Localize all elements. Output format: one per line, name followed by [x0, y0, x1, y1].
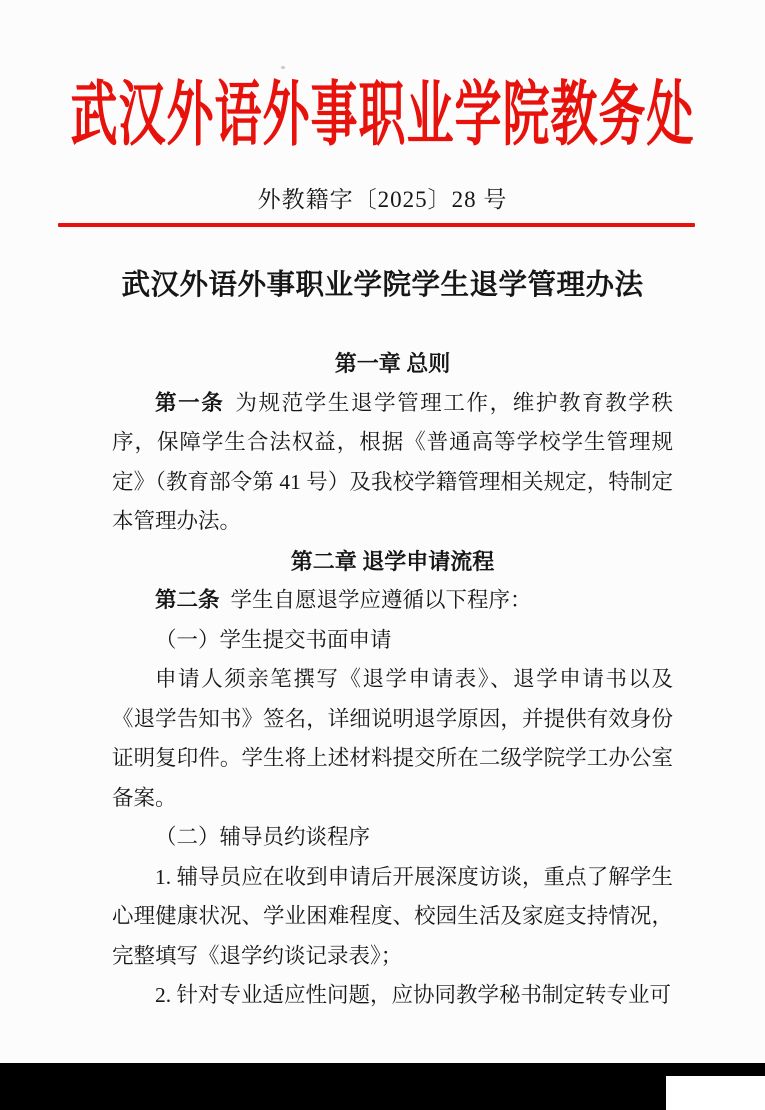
body-paragraph: 第二条学生自愿退学应遵循以下程序：: [112, 581, 673, 621]
body-paragraph: 2. 针对专业适应性问题，应协同教学秘书制定转专业可: [112, 976, 673, 1016]
scan-white-notch: [666, 1076, 765, 1110]
body-paragraph: 第一条为规范学生退学管理工作，维护教育教学秩序，保障学生合法权益，根据《普通高等…: [112, 384, 673, 542]
body-paragraph: 申请人须亲笔撰写《退学申请表》、退学申请书以及《退学告知书》签名，详细说明退学原…: [112, 660, 673, 818]
scan-speck: [281, 66, 285, 69]
scan-black-band: [0, 1063, 765, 1110]
article-number-label: 第二条: [155, 588, 220, 612]
body-paragraph: （二）辅导员约谈程序: [112, 818, 673, 858]
body-paragraph: （一）学生提交书面申请: [112, 621, 673, 661]
document-body: 第一章 总则第一条为规范学生退学管理工作，维护教育教学秩序，保障学生合法权益，根…: [112, 344, 673, 1016]
document-number: 外教籍字〔2025〕28 号: [0, 185, 765, 215]
issuer-header-title: 武汉外语外事职业学院教务处: [20, 62, 745, 170]
chapter-heading: 第一章 总则: [112, 344, 673, 384]
document-title: 武汉外语外事职业学院学生退学管理办法: [30, 269, 735, 303]
chapter-heading: 第二章 退学申请流程: [112, 542, 673, 582]
article-number-label: 第一条: [155, 391, 224, 415]
red-separator-line: [58, 223, 695, 227]
body-paragraph: 1. 辅导员应在收到申请后开展深度访谈，重点了解学生心理健康状况、学业困难程度、…: [112, 858, 673, 977]
document-page: 武汉外语外事职业学院教务处 外教籍字〔2025〕28 号 武汉外语外事职业学院学…: [0, 0, 765, 1110]
